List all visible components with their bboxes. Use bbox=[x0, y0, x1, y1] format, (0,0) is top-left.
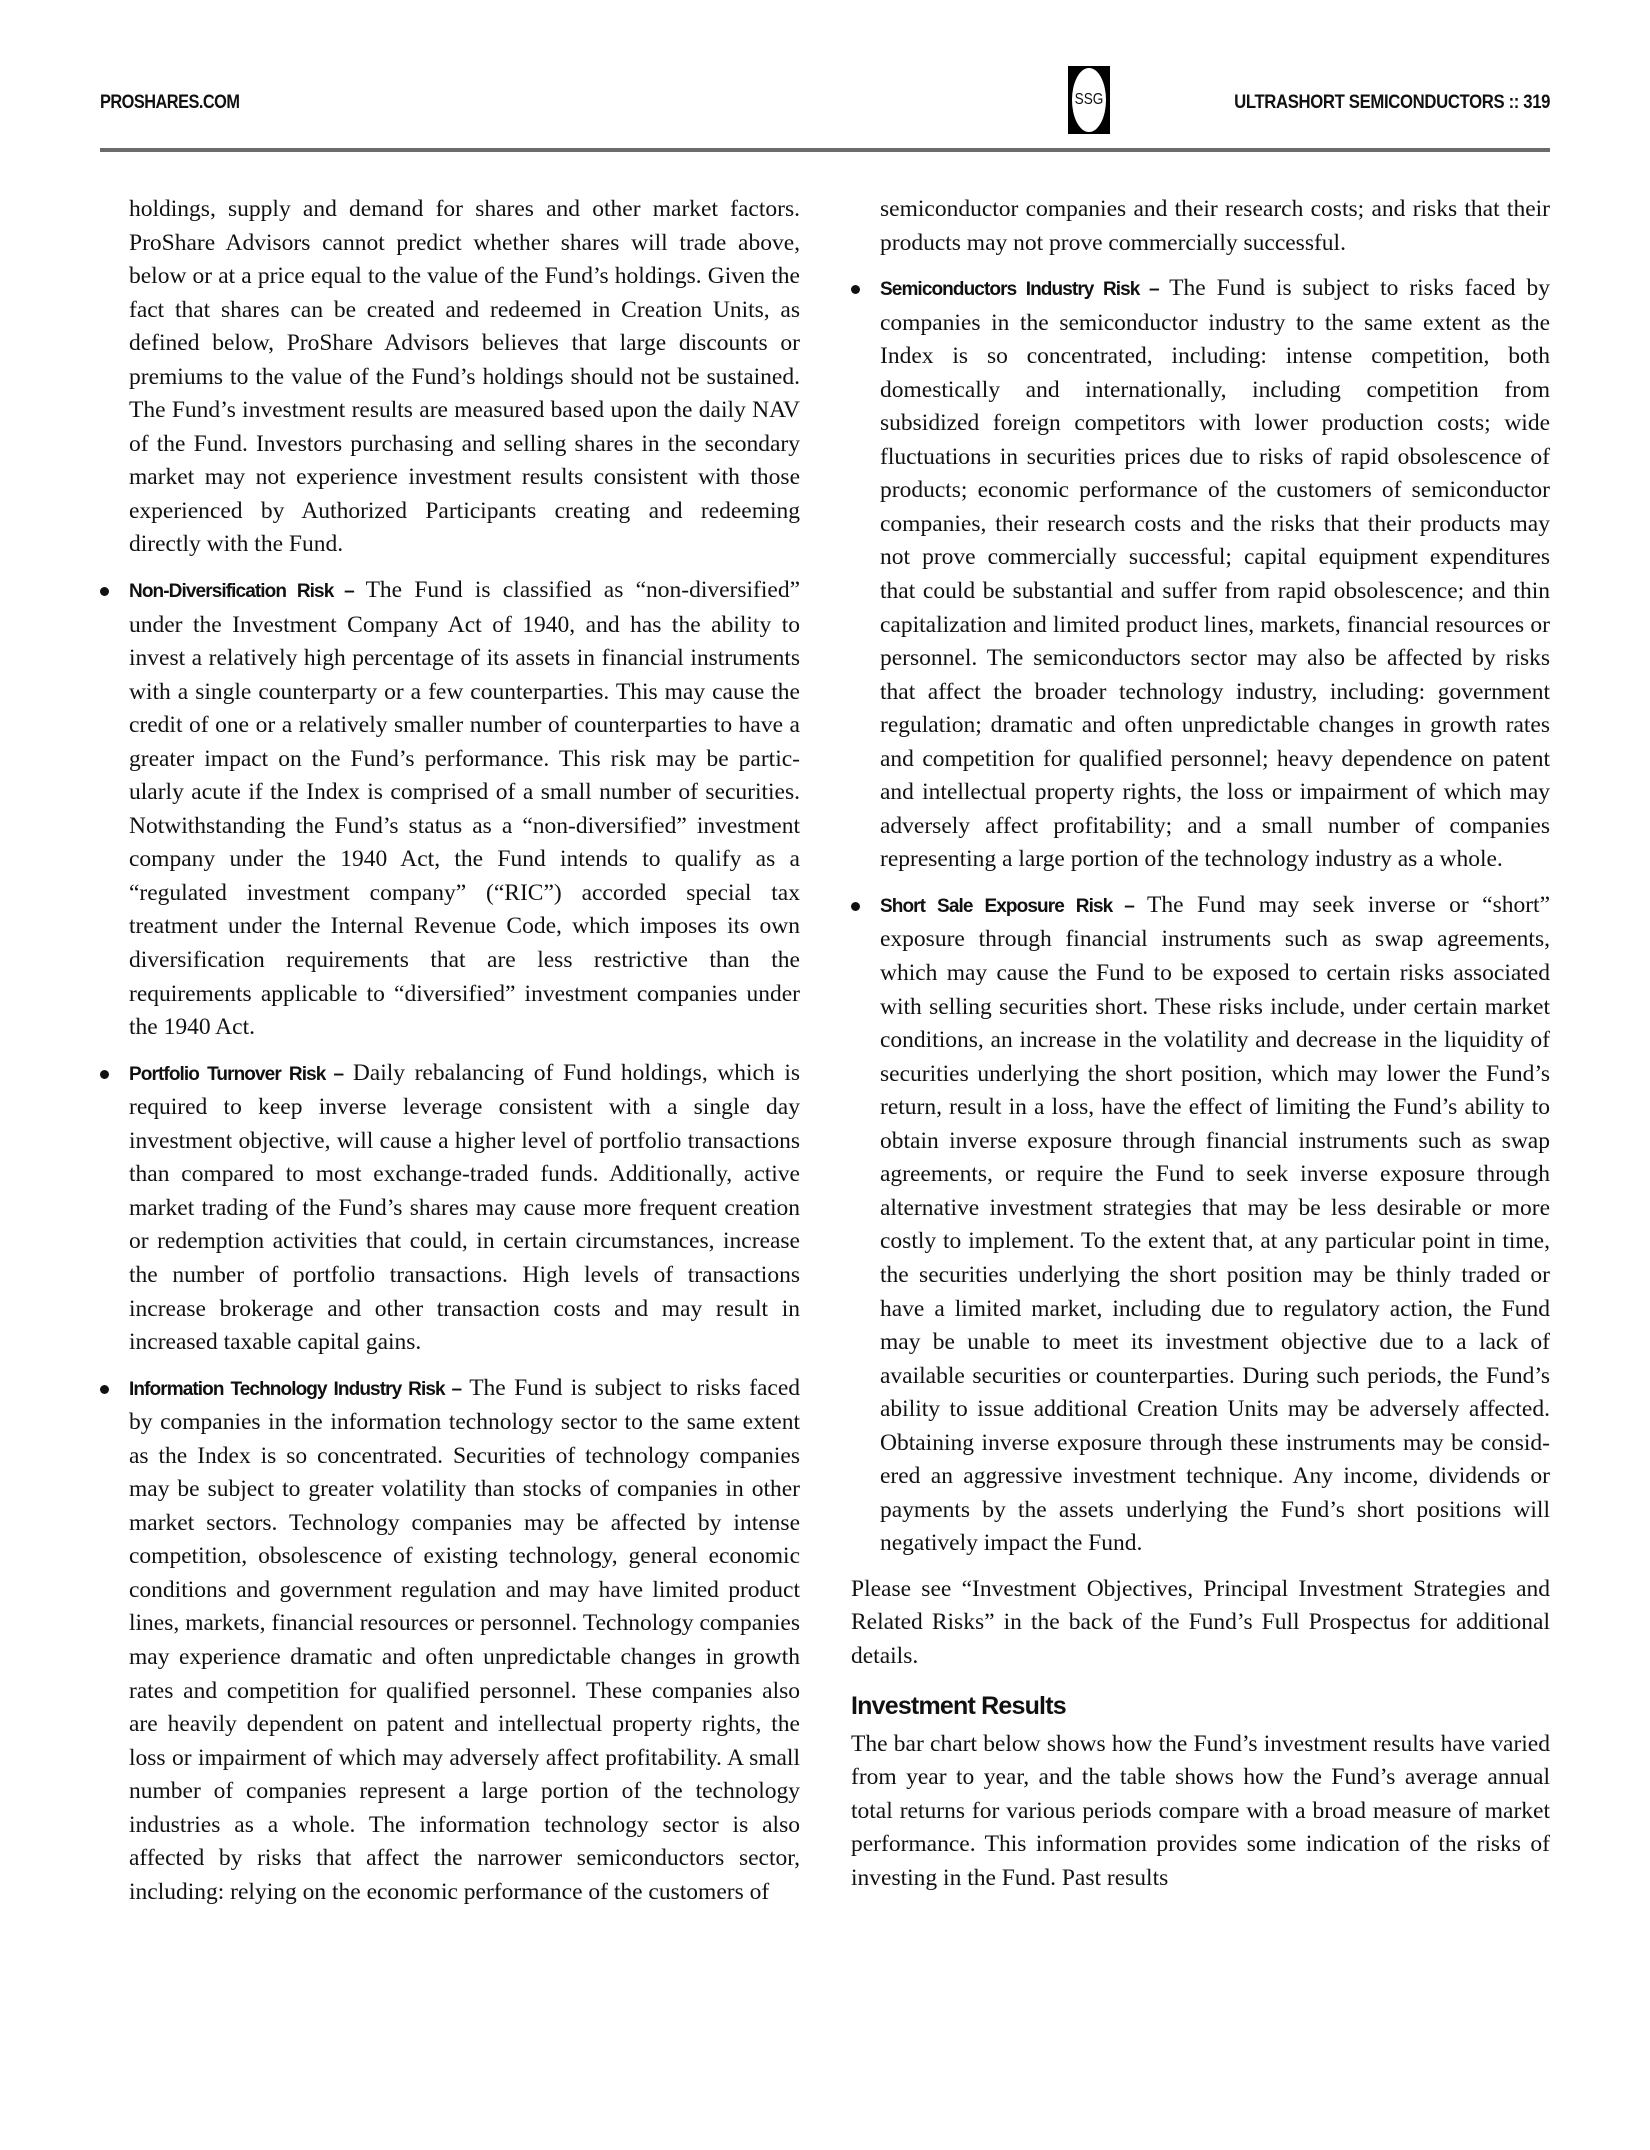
risk-text: Daily rebalancing of Fund holdings, whic… bbox=[129, 1060, 800, 1355]
risk-item-semiconductors: Semiconductors Industry Risk – The Fund … bbox=[851, 272, 1550, 877]
risk-text: The Fund may seek inverse or “short” exp… bbox=[880, 892, 1550, 1556]
bullet-icon bbox=[100, 1070, 109, 1079]
see-also-paragraph: Please see “Investment Objectives, Princ… bbox=[851, 1573, 1550, 1674]
risk-item-short-sale-exposure: Short Sale Exposure Risk – The Fund may … bbox=[851, 889, 1550, 1561]
left-column: holdings, supply and demand for shares a… bbox=[100, 193, 800, 1921]
risk-text: The Fund is classified as “non-diversifi… bbox=[129, 577, 800, 1040]
bullet-icon bbox=[100, 587, 109, 596]
investment-results-paragraph: The bar chart below shows how the Fund’s… bbox=[851, 1728, 1550, 1896]
risk-text: The Fund is subject to risks faced by co… bbox=[129, 1375, 800, 1905]
risk-item-portfolio-turnover: Portfolio Turnover Risk – Daily rebalanc… bbox=[100, 1057, 800, 1360]
header-divider bbox=[100, 148, 1550, 152]
bullet-icon bbox=[851, 902, 860, 911]
bullet-icon bbox=[851, 285, 860, 294]
risk-item-non-diversification: Non-Diversification Risk – The Fund is c… bbox=[100, 574, 800, 1045]
ticker-badge-label: SSG bbox=[1072, 68, 1106, 132]
site-name: PROSHARES.COM bbox=[100, 92, 239, 114]
document-page: PROSHARES.COM SSG ULTRASHORT SEMICONDUCT… bbox=[0, 0, 1650, 2150]
risk-heading: Short Sale Exposure Risk – bbox=[880, 896, 1134, 917]
fund-name-page-number: ULTRASHORT SEMICONDUCTORS :: 319 bbox=[1234, 92, 1550, 114]
continuation-paragraph: holdings, supply and demand for shares a… bbox=[100, 193, 800, 562]
continuation-paragraph: semiconductor companies and their resear… bbox=[851, 193, 1550, 260]
ssg-ticker-badge-icon: SSG bbox=[1068, 66, 1110, 134]
risk-heading: Portfolio Turnover Risk – bbox=[129, 1064, 343, 1085]
risk-heading: Non-Diversification Risk – bbox=[129, 581, 354, 602]
bullet-icon bbox=[100, 1385, 109, 1394]
right-column: semiconductor companies and their resear… bbox=[851, 193, 1550, 1907]
risk-heading: Information Technology Industry Risk – bbox=[129, 1379, 461, 1400]
risk-item-information-technology: Information Technology Industry Risk – T… bbox=[100, 1372, 800, 1910]
risk-text: The Fund is subject to risks faced by co… bbox=[880, 275, 1550, 872]
section-title-investment-results: Investment Results bbox=[851, 1688, 1550, 1724]
risk-heading: Semiconductors Industry Risk – bbox=[880, 279, 1159, 300]
